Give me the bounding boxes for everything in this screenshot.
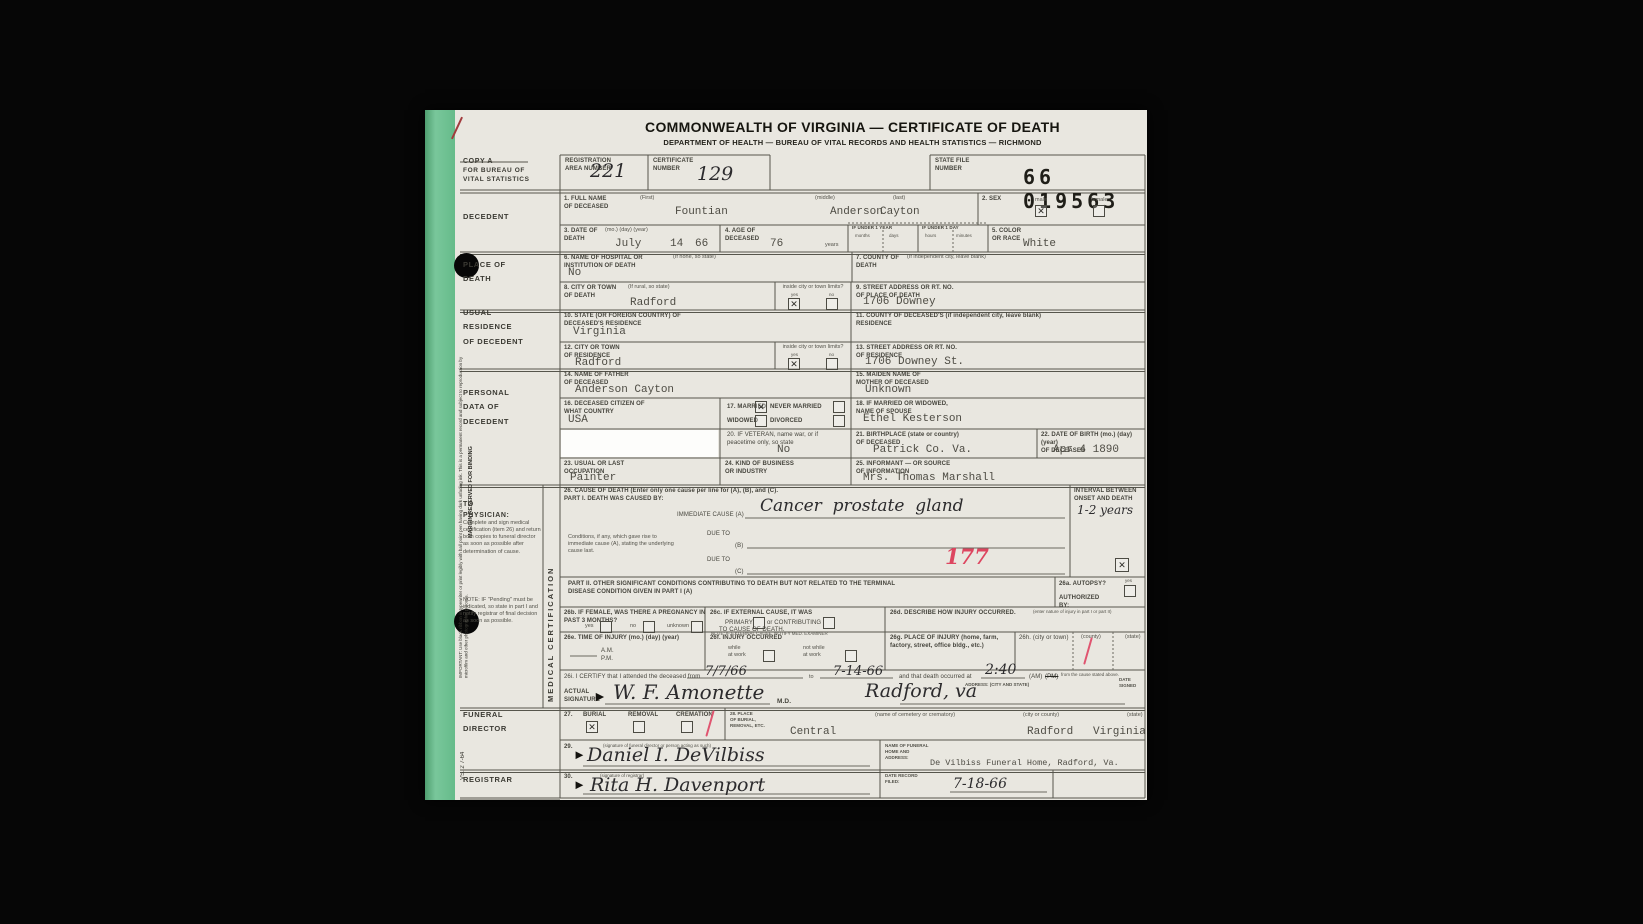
sex-male-checkbox: ✕ — [1035, 205, 1047, 217]
last-name-value: Cayton — [880, 206, 920, 218]
minutes-label: minutes — [956, 233, 972, 239]
age-value: 76 — [770, 238, 783, 250]
registrar-stamp-177: 177 — [945, 544, 989, 569]
city-of-death-hint: (If rural, so state) — [628, 284, 670, 291]
street-of-death-value: 1706 Downey — [863, 296, 936, 308]
item30-label: 30. — [564, 773, 573, 781]
pm-label: P.M. — [601, 655, 613, 663]
residence-limits-yes-label: yes — [791, 352, 798, 358]
section-decedent: DECEDENT — [463, 210, 509, 224]
certificate-number-value: 129 — [697, 163, 733, 185]
mother-name-value: Unknown — [865, 384, 911, 396]
autopsy-yes-checkbox — [1124, 585, 1136, 597]
autopsy-no-mark: ✕ — [1118, 560, 1126, 570]
section-registrar: REGISTRAR — [463, 773, 513, 787]
married-checkbox: ✕ — [755, 401, 767, 413]
date-filed-value: 7-18-66 — [953, 776, 1007, 792]
place-of-burial-label: 28. PLACE OF BURIAL, REMOVAL, ETC. — [730, 711, 765, 729]
item29-label: 29. — [564, 743, 573, 751]
item27-label: 27. — [564, 711, 573, 719]
widowed-checkbox — [755, 415, 767, 427]
veteran-value: No — [777, 444, 790, 456]
certificate-number-label: CERTIFICATE NUMBER — [653, 157, 693, 173]
business-label: 24. KIND OF BUSINESS OR INDUSTRY — [725, 460, 794, 476]
redaction-whiteout — [561, 430, 718, 457]
registrar-arrow-icon: ► — [573, 778, 586, 791]
funeral-director-signature: Daniel I. DeVilbiss — [587, 744, 765, 766]
autopsy-label: 26a. AUTOPSY? — [1059, 580, 1106, 588]
limits-question: inside city or town limits? — [779, 284, 847, 291]
section-medical-certification: MEDICAL CERTIFICATION — [546, 490, 555, 702]
signature-arrow-icon: ► — [593, 689, 607, 703]
days-label: days — [889, 233, 899, 239]
section-personal-data: PERSONAL DATA OF DECEDENT — [463, 386, 509, 429]
immediate-cause-label: IMMEDIATE CAUSE (A) — [677, 511, 744, 519]
contributing-checkbox — [823, 617, 835, 629]
county-of-death-label: 7. COUNTY OF DEATH — [856, 254, 899, 270]
color-or-race-label: 5. COLOR OR RACE — [992, 227, 1021, 243]
am-note: (AM) — [1029, 673, 1042, 681]
pregnancy-yes-label: yes — [585, 623, 594, 630]
pregnancy-unknown-checkbox — [691, 621, 703, 633]
interval-value: 1-2 years — [1077, 503, 1133, 517]
am-label: A.M. — [601, 647, 614, 655]
pregnancy-no-label: no — [630, 623, 636, 630]
injury-state-hint: (state) — [1125, 634, 1141, 641]
hospital-value: No — [568, 267, 581, 279]
male-label: male — [1035, 197, 1047, 204]
residence-limits-yes-checkbox: ✕ — [788, 358, 800, 370]
state-of-residence-value: Virginia — [573, 326, 626, 338]
autopsy-yes-label: yes — [1125, 578, 1132, 584]
physician-signature: W. F. Amonette — [613, 680, 764, 704]
section-usual-residence: USUAL RESIDENCE OF DECEDENT — [463, 306, 523, 349]
section-place-of-death: PLACE OF DEATH — [463, 258, 506, 287]
spouse-value: Ethel Kesterson — [863, 413, 962, 425]
burial-label: BURIAL — [583, 711, 606, 719]
city-of-residence-value: Radford — [575, 357, 621, 369]
middle-hint: (middle) — [815, 195, 835, 202]
funeral-home-label: NAME OF FUNERAL HOME AND ADDRESS: — [885, 743, 929, 761]
limits-no-checkbox — [826, 298, 838, 310]
due-to-b-label: DUE TO — [707, 530, 730, 538]
pregnancy-yes-checkbox — [600, 621, 612, 633]
hospital-hint: (If none, so state) — [673, 254, 716, 261]
burial-city-hint: (city or county) — [1023, 712, 1059, 719]
funeral-director-arrow-icon: ► — [573, 748, 586, 761]
attended-from-value: 7/7/66 — [705, 664, 747, 679]
cemetery-hint: (name of cemetery or crematory) — [875, 712, 955, 719]
death-time-value: 2:40 — [985, 662, 1016, 678]
registration-area-number-value: 221 — [590, 160, 626, 182]
sex-label: 2. SEX — [982, 195, 1001, 203]
burial-mark: ✕ — [588, 722, 596, 732]
immediate-cause-value: Cancer prostate gland — [760, 496, 964, 516]
city-of-death-label: 8. CITY OR TOWN OF DEATH — [564, 284, 616, 300]
limits-yes-label: yes — [791, 292, 798, 298]
interval-label: INTERVAL BETWEEN ONSET AND DEATH — [1074, 487, 1137, 503]
burial-city-value: Radford — [1027, 726, 1073, 738]
c-label: (C) — [735, 568, 744, 576]
hours-label: hours — [925, 233, 936, 239]
cause-of-death-label: 26. CAUSE OF DEATH (Enter only one cause… — [564, 487, 778, 503]
burial-checkbox: ✕ — [586, 721, 598, 733]
race-value: White — [1023, 238, 1056, 250]
binding-strip — [425, 110, 455, 800]
first-name-value: Fountian — [675, 206, 728, 218]
burial-state-hint: (state) — [1127, 712, 1143, 719]
veteran-label: 20. IF VETERAN, name war, or if peacetim… — [727, 431, 818, 447]
occupation-value: Painter — [570, 472, 616, 484]
part2-label: PART II. OTHER SIGNIFICANT CONDITIONS CO… — [568, 580, 1038, 596]
informant-value: Mrs. Thomas Marshall — [863, 472, 995, 484]
full-name-label: 1. FULL NAME OF DECEASED — [564, 195, 608, 211]
removal-checkbox — [633, 721, 645, 733]
cremation-label: CREMATION — [676, 711, 713, 719]
sex-male-mark: ✕ — [1037, 206, 1045, 216]
due-to-c-label: DUE TO — [707, 556, 730, 564]
citizen-value: USA — [568, 414, 588, 426]
under-1-year-label: IF UNDER 1 YEAR — [852, 225, 892, 231]
state-file-number-label: STATE FILE NUMBER — [935, 157, 969, 173]
md-label: M.D. — [777, 698, 791, 707]
county-of-residence-label: 11. COUNTY OF DECEASED'S (if independent… — [856, 312, 1041, 328]
never-married-label: NEVER MARRIED — [770, 403, 822, 411]
birthplace-value: Patrick Co. Va. — [873, 444, 972, 456]
certificate-title: COMMONWEALTH OF VIRGINIA — CERTIFICATE O… — [560, 119, 1145, 135]
burial-state-value: Virginia — [1093, 726, 1146, 738]
widowed-label: WIDOWED — [727, 417, 758, 425]
years-hint: years — [825, 242, 838, 249]
married-mark: ✕ — [757, 402, 765, 412]
city-of-death-value: Radford — [630, 297, 676, 309]
cremation-checkbox — [681, 721, 693, 733]
conditions-note: Conditions, if any, which gave rise to i… — [568, 534, 676, 555]
attended-to-value: 7-14-66 — [833, 664, 883, 679]
divorced-label: DIVORCED — [770, 417, 802, 425]
scan-background: MARGIN RESERVED FOR BINDING IMPORTANT: U… — [0, 0, 1643, 924]
limits-no-label: no — [829, 292, 834, 298]
authorized-by-label: AUTHORIZED BY: — [1059, 594, 1099, 610]
never-married-checkbox — [833, 401, 845, 413]
father-name-value: Anderson Cayton — [575, 384, 674, 396]
certificate-subtitle: DEPARTMENT OF HEALTH — BUREAU OF VITAL R… — [560, 138, 1145, 147]
describe-injury-label: 26d. DESCRIBE HOW INJURY OCCURRED. — [890, 609, 1016, 617]
residence-limits-yes-mark: ✕ — [790, 359, 798, 369]
death-day-value: 14 — [670, 238, 683, 250]
physician-address: Radford, va — [865, 680, 977, 702]
place-of-burial-value: Central — [790, 726, 836, 738]
describe-injury-hint: (enter nature of injury in part I or par… — [1033, 609, 1112, 615]
section-funeral-director: FUNERAL DIRECTOR — [463, 708, 507, 737]
under-1-day-label: IF UNDER 1 DAY — [922, 225, 959, 231]
street-of-residence-value: 1706 Downey St. — [865, 356, 964, 368]
divorced-checkbox — [833, 415, 845, 427]
removal-label: REMOVAL — [628, 711, 658, 719]
autopsy-no-checkbox: ✕ — [1115, 558, 1129, 572]
sex-female-checkbox — [1093, 205, 1105, 217]
injury-occurred-label: 26f. INJURY OCCURRED — [710, 634, 782, 642]
age-label: 4. AGE OF DECEASED — [725, 227, 759, 243]
date-of-death-hints: (mo.) (day) (year) — [605, 227, 648, 234]
middle-name-value: Anderson — [830, 206, 883, 218]
first-hint: (First) — [640, 195, 654, 202]
not-while-at-work-label: not while at work — [803, 645, 825, 659]
last-hint: (last) — [893, 195, 905, 202]
physician-note: Complete and sign medical certification … — [463, 520, 541, 556]
bureau-label: FOR BUREAU OF VITAL STATISTICS — [463, 166, 530, 184]
death-year-value: 66 — [695, 238, 708, 250]
county-of-death-hint: (If independent city, leave blank) — [907, 254, 986, 261]
injury-city-label: 26h. (city or town) — [1019, 634, 1069, 642]
while-at-work-label: while at work — [728, 645, 746, 659]
death-month-value: July — [615, 238, 641, 250]
date-signed-label: DATE SIGNED — [1119, 677, 1147, 689]
registrar-signature: Rita H. Davenport — [590, 774, 765, 796]
external-cause-label: 26c. IF EXTERNAL CAUSE, IT WAS — [710, 609, 812, 617]
death-certificate-document: MARGIN RESERVED FOR BINDING IMPORTANT: U… — [425, 110, 1147, 800]
pregnancy-no-checkbox — [643, 621, 655, 633]
date-of-death-label: 3. DATE OF DEATH — [564, 227, 598, 243]
time-of-injury-label: 26e. TIME OF INJURY (mo.) (day) (year) — [564, 634, 679, 642]
not-while-at-work-checkbox — [845, 650, 857, 662]
place-of-injury-label: 26g. PLACE OF INJURY (home, farm, factor… — [890, 634, 998, 650]
residence-limits-question: inside city or town limits? — [779, 344, 847, 351]
pm-struck: (PM) — [1045, 673, 1058, 681]
funeral-home-value: De Vilbiss Funeral Home, Radford, Va. — [930, 758, 1119, 768]
limits-yes-mark: ✕ — [790, 299, 798, 309]
limits-yes-checkbox: ✕ — [788, 298, 800, 310]
b-label: (B) — [735, 542, 743, 550]
date-filed-label: DATE RECORD FILED: — [885, 773, 918, 785]
female-label: female — [1091, 197, 1108, 204]
pregnancy-unknown-label: unknown — [667, 623, 689, 630]
residence-limits-no-label: no — [829, 352, 834, 358]
residence-limits-no-checkbox — [826, 358, 838, 370]
section-to-physician: TO PHYSICIAN: — [463, 500, 509, 521]
months-label: months — [855, 233, 870, 239]
to-word: to — [809, 674, 814, 681]
pending-note: NOTE: IF "Pending" must be indicated, so… — [463, 597, 541, 626]
while-at-work-checkbox — [763, 650, 775, 662]
cause-stated-tail: from the cause stated above. — [1061, 672, 1121, 678]
birth-date-value: Apr 4 1890 — [1053, 444, 1119, 456]
